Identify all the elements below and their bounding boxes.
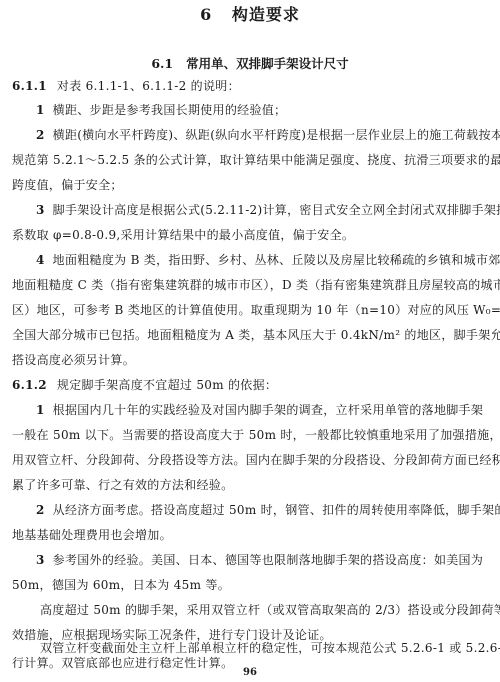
clause-id: 6.1.2 bbox=[12, 378, 47, 392]
text-line: 用双管立杆、分段卸荷、分段搭设等方法。国内在脚手架的分段搭设、分段卸荷方面已经积 bbox=[12, 452, 490, 468]
chapter-number: 6 bbox=[200, 5, 212, 24]
item-number: 2 bbox=[36, 503, 45, 517]
list-item: 1根据国内几十年的实践经验及对国内脚手架的调查，立杆采用单管的落地脚手架 bbox=[36, 402, 490, 418]
text-line: 系数取 φ=0.8-0.9,采用计算结果中的最小高度值，偏于安全。 bbox=[12, 227, 490, 243]
paragraph-line: 高度超过 50m 的脚手架，采用双管立杆（或双管高取架高的 2/3）搭设或分段卸… bbox=[40, 602, 490, 618]
text-line: 跨度值，偏于安全； bbox=[12, 177, 490, 193]
clause-id: 6.1.1 bbox=[12, 79, 47, 93]
text-line: 一般在 50m 以下。当需要的搭设高度大于 50m 时，一般都比较慎重地采用了加… bbox=[12, 427, 490, 443]
list-item: 1横距、步距是参考我国长期使用的经验值； bbox=[36, 102, 490, 118]
item-number: 3 bbox=[36, 553, 45, 567]
section-number: 6.1 bbox=[151, 56, 173, 71]
item-text: 参考国外的经验。美国、日本、德国等也限制落地脚手架的搭设高度：如美国为 bbox=[53, 553, 484, 567]
text-line: 区）地区，可参考 B 类地区的计算值使用。取重现期为 10 年（n=10）对应的… bbox=[12, 302, 490, 318]
item-number: 1 bbox=[36, 103, 45, 117]
item-text: 脚手架设计高度是根据公式(5.2.11-2)计算，密目式安全立网全封闭式双排脚手… bbox=[53, 203, 500, 217]
page-number: 96 bbox=[0, 667, 500, 678]
text-line: 地基基础处理费用也会增加。 bbox=[12, 527, 490, 543]
list-item: 3参考国外的经验。美国、日本、德国等也限制落地脚手架的搭设高度：如美国为 bbox=[36, 552, 490, 568]
item-text: 横距(横向水平杆跨度)、纵距(纵向水平杆跨度)是根据一层作业层上的施工荷载按本 bbox=[53, 128, 500, 142]
section-title: 6.1 常用单、双排脚手架设计尺寸 bbox=[0, 54, 500, 72]
text-line: 累了许多可靠、行之有效的方法和经验。 bbox=[12, 477, 490, 493]
text-line: 50m，德国为 60m，日本为 45m 等。 bbox=[12, 577, 490, 593]
clause-intro: 规定脚手架高度不宜超过 50m 的依据： bbox=[57, 378, 277, 392]
item-number: 1 bbox=[36, 403, 45, 417]
list-item: 3脚手架设计高度是根据公式(5.2.11-2)计算，密目式安全立网全封闭式双排脚… bbox=[36, 202, 490, 218]
list-item: 2从经济方面考虑。搭设高度超过 50m 时，钢管、扣件的周转使用率降低，脚手架的 bbox=[36, 502, 490, 518]
item-text: 从经济方面考虑。搭设高度超过 50m 时，钢管、扣件的周转使用率降低，脚手架的 bbox=[53, 503, 500, 517]
section-title-text: 常用单、双排脚手架设计尺寸 bbox=[186, 56, 349, 71]
chapter-title: 6 构造要求 bbox=[0, 2, 500, 25]
item-number: 2 bbox=[36, 128, 45, 142]
paragraph-line: 双管立杆变截面处主立杆上部单根立杆的稳定性，可按本规范公式 5.2.6-1 或 … bbox=[40, 640, 490, 656]
list-item: 4地面粗糙度为 B 类，指田野、乡村、丛林、丘陵以及房屋比较稀疏的乡镇和城市郊区… bbox=[36, 252, 490, 268]
text-line: 搭设高度必须另计算。 bbox=[12, 352, 490, 368]
chapter-title-text: 构造要求 bbox=[232, 5, 300, 24]
text-line: 地面粗糙度 C 类（指有密集建筑群的城市市区），D 类（指有密集建筑群且房屋较高… bbox=[12, 277, 490, 293]
text-line: 全国大部分城市已包括。地面粗糙度为 A 类，基本风压大于 0.4kN/m² 的地… bbox=[12, 327, 490, 343]
clause-6-1-1-heading: 6.1.1对表 6.1.1-1、6.1.1-2 的说明： bbox=[12, 78, 490, 94]
text-line: 规范第 5.2.1～5.2.5 条的公式计算，取计算结果中能满足强度、挠度、抗滑… bbox=[12, 152, 490, 168]
item-number: 3 bbox=[36, 203, 45, 217]
list-item: 2横距(横向水平杆跨度)、纵距(纵向水平杆跨度)是根据一层作业层上的施工荷载按本 bbox=[36, 127, 490, 143]
item-text: 根据国内几十年的实践经验及对国内脚手架的调查，立杆采用单管的落地脚手架 bbox=[53, 403, 484, 417]
clause-6-1-2-heading: 6.1.2规定脚手架高度不宜超过 50m 的依据： bbox=[12, 377, 490, 393]
item-text: 地面粗糙度为 B 类，指田野、乡村、丛林、丘陵以及房屋比较稀疏的乡镇和城市郊区； bbox=[53, 253, 500, 267]
clause-intro: 对表 6.1.1-1、6.1.1-2 的说明： bbox=[57, 79, 240, 93]
item-number: 4 bbox=[36, 253, 45, 267]
document-page: 6 构造要求 6.1 常用单、双排脚手架设计尺寸 6.1.1对表 6.1.1-1… bbox=[0, 0, 500, 682]
item-text: 横距、步距是参考我国长期使用的经验值； bbox=[53, 103, 287, 117]
